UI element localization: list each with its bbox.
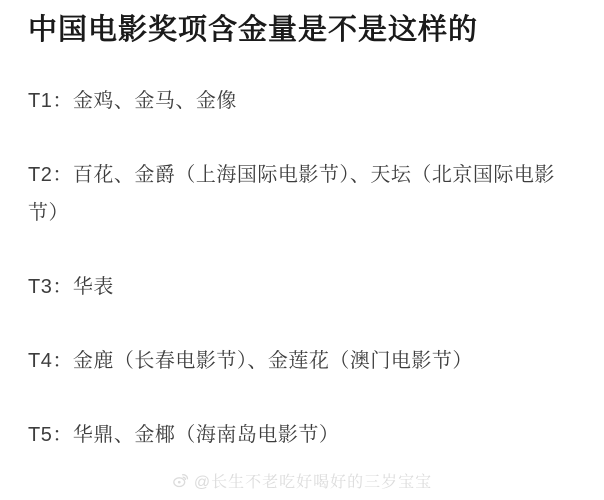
- tier-awards: 华鼎、金椰（海南岛电影节）: [73, 424, 340, 446]
- tier-row-t4: T4：金鹿（长春电影节）、金莲花（澳门电影节）: [28, 342, 578, 380]
- page-title: 中国电影奖项含金量是不是这样的: [28, 0, 578, 48]
- post-image: 中国电影奖项含金量是不是这样的 T1：金鸡、金马、金像 T2：百花、金爵（上海国…: [0, 0, 604, 500]
- tier-row-t3: T3：华表: [28, 268, 578, 306]
- tier-row-t2: T2：百花、金爵（上海国际电影节）、天坛（北京国际电影节）: [28, 156, 578, 232]
- tier-row-t5: T5：华鼎、金椰（海南岛电影节）: [28, 416, 578, 454]
- watermark-text: @长生不老吃好喝好的三岁宝宝: [194, 469, 432, 492]
- tier-awards: 金鹿（长春电影节）、金莲花（澳门电影节）: [73, 350, 473, 372]
- tier-awards: 百花、金爵（上海国际电影节）、天坛（北京国际电影节）: [28, 164, 555, 224]
- tier-awards: 金鸡、金马、金像: [73, 90, 237, 112]
- watermark: @长生不老吃好喝好的三岁宝宝: [0, 469, 604, 492]
- tier-rank: T5：: [28, 424, 73, 446]
- tier-row-t1: T1：金鸡、金马、金像: [28, 82, 578, 120]
- tier-rank: T2：: [28, 164, 73, 186]
- weibo-logo-icon: [172, 473, 189, 488]
- tier-rank: T4：: [28, 350, 73, 372]
- tier-awards: 华表: [73, 276, 114, 298]
- tier-rank: T1：: [28, 90, 73, 112]
- tier-rank: T3：: [28, 276, 73, 298]
